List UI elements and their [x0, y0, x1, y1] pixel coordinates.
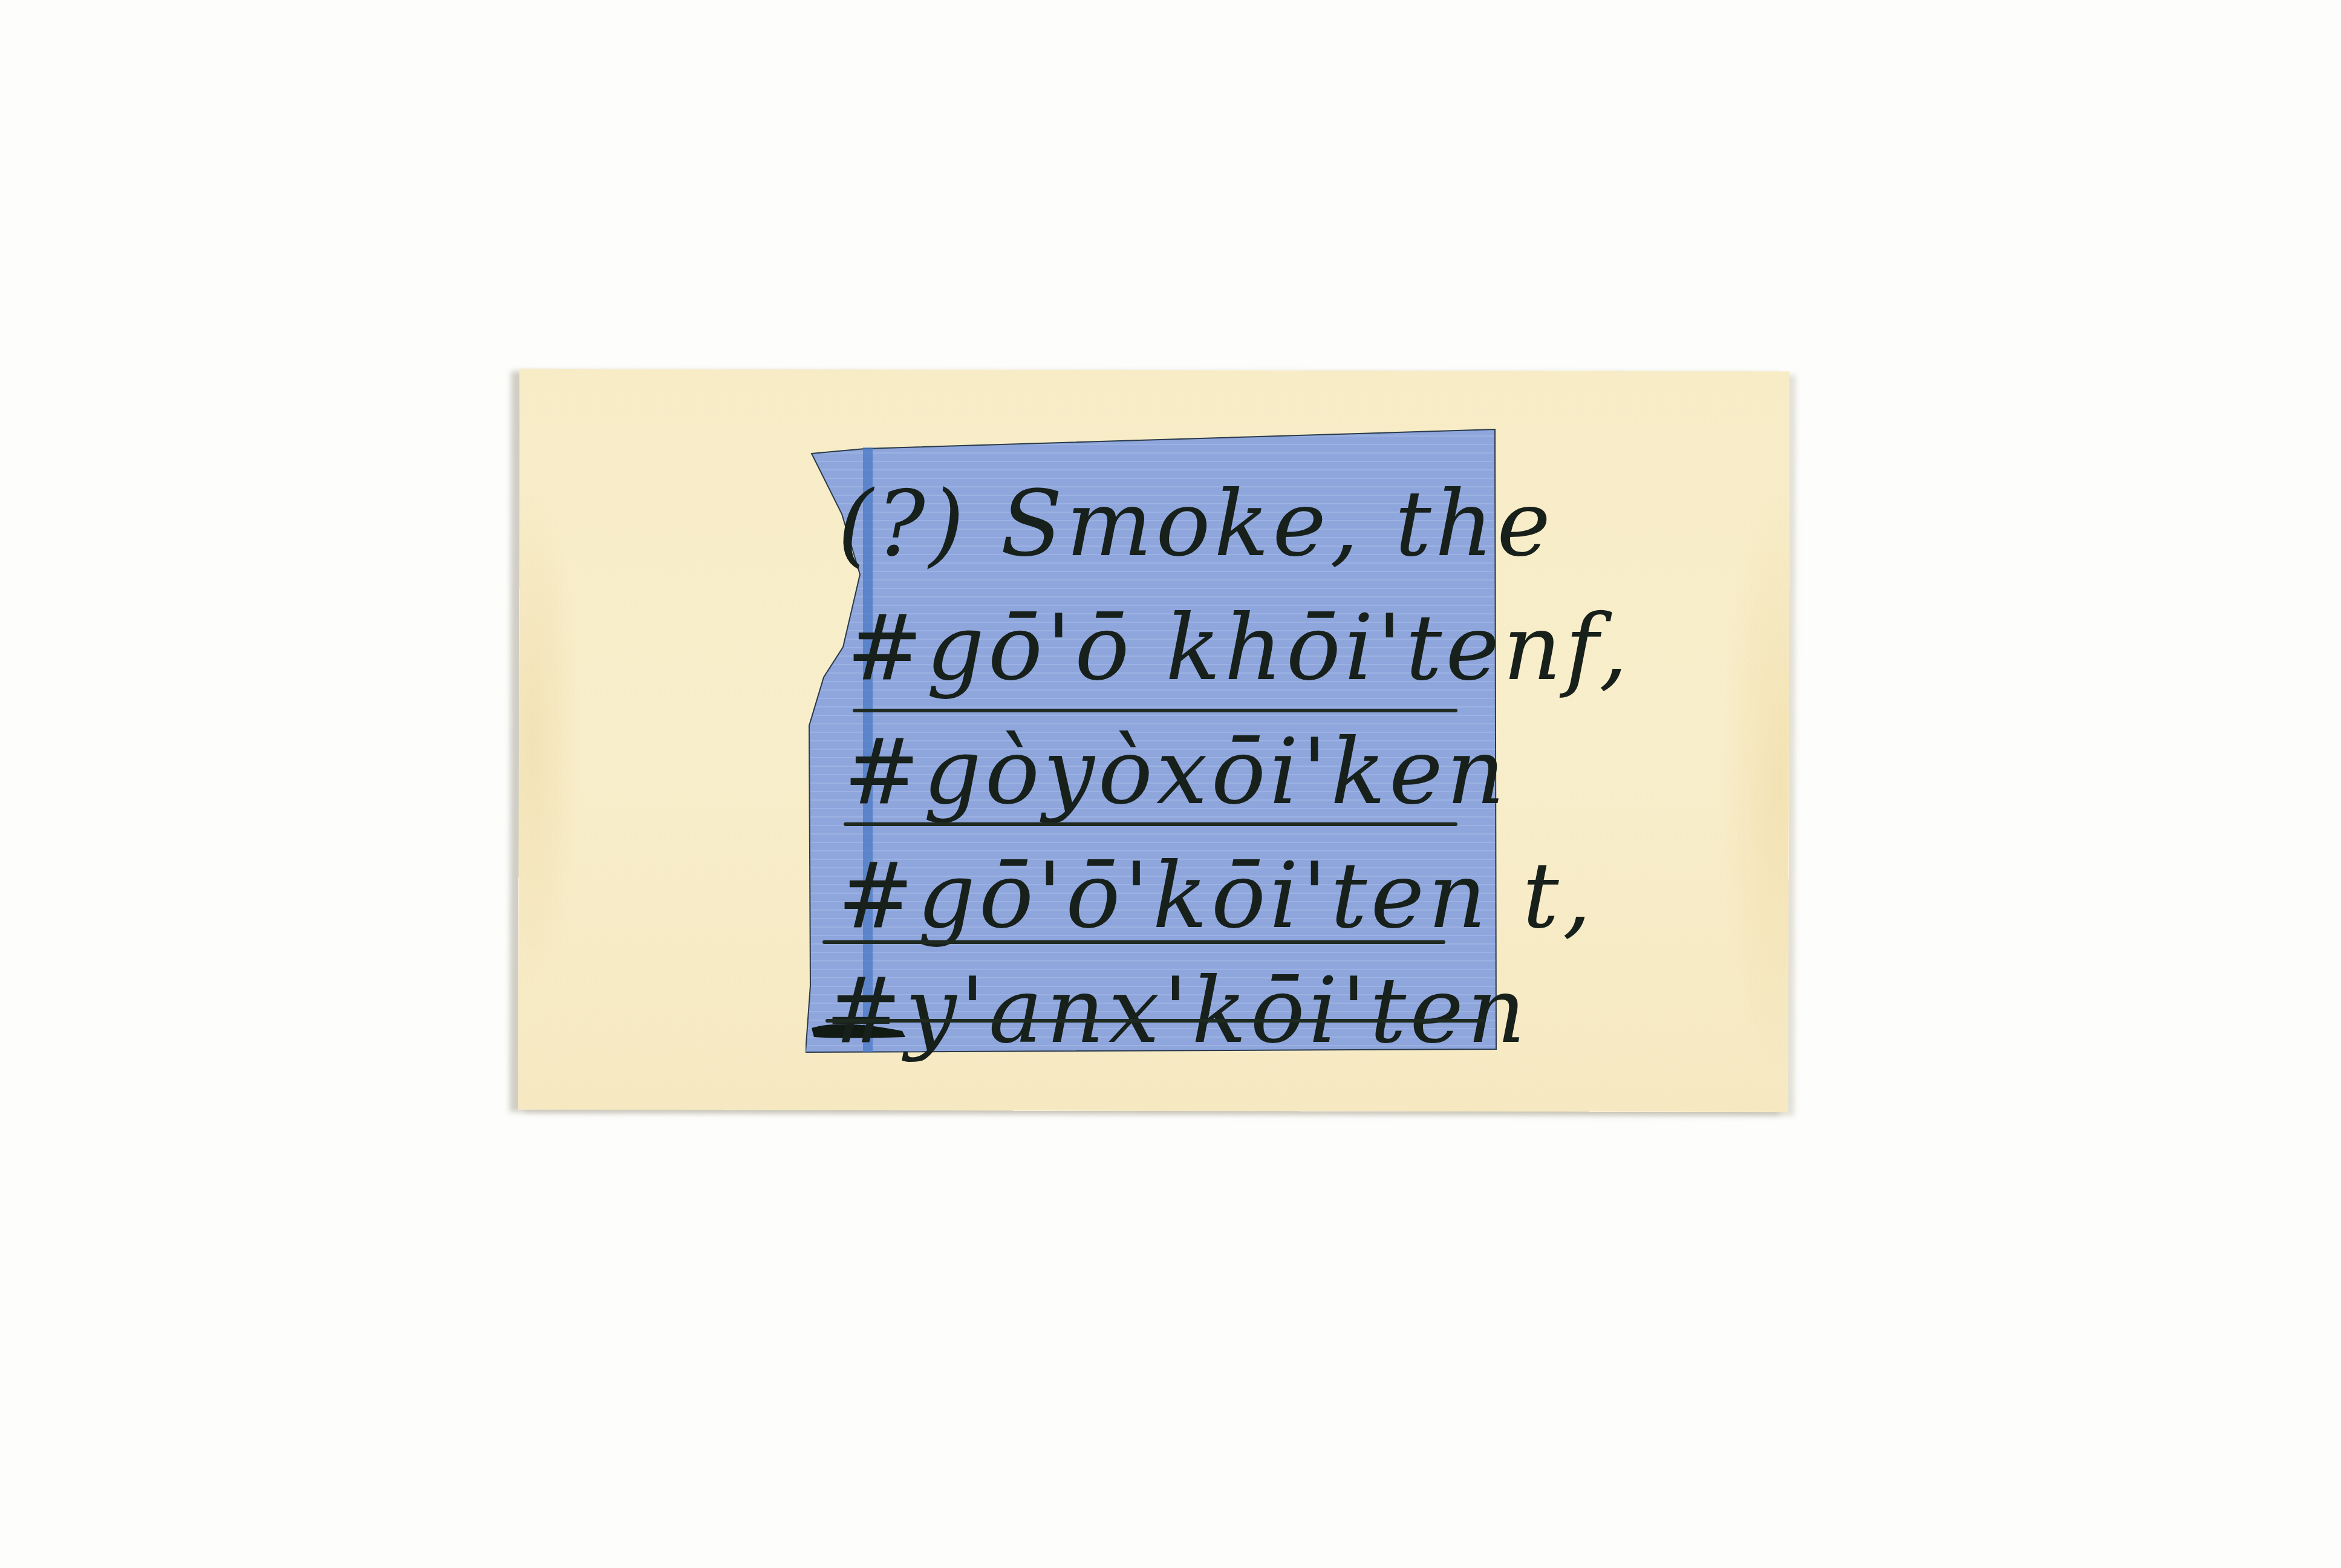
- note-line-2: #gō'ō khōi'tenf,: [847, 596, 1632, 701]
- underline-3: [822, 940, 1445, 944]
- note-line-5: #y'anx'kōi'ten: [825, 958, 1529, 1064]
- underline-4: [825, 1019, 1485, 1023]
- note-line-4: #gō'ō'kōi'ten t,: [838, 844, 1595, 949]
- note-line-1: (?) Smoke, the: [838, 472, 1554, 577]
- underline-2: [844, 822, 1457, 826]
- underline-1: [853, 709, 1457, 712]
- note-line-3: #gòyòxōi'ken: [844, 720, 1508, 825]
